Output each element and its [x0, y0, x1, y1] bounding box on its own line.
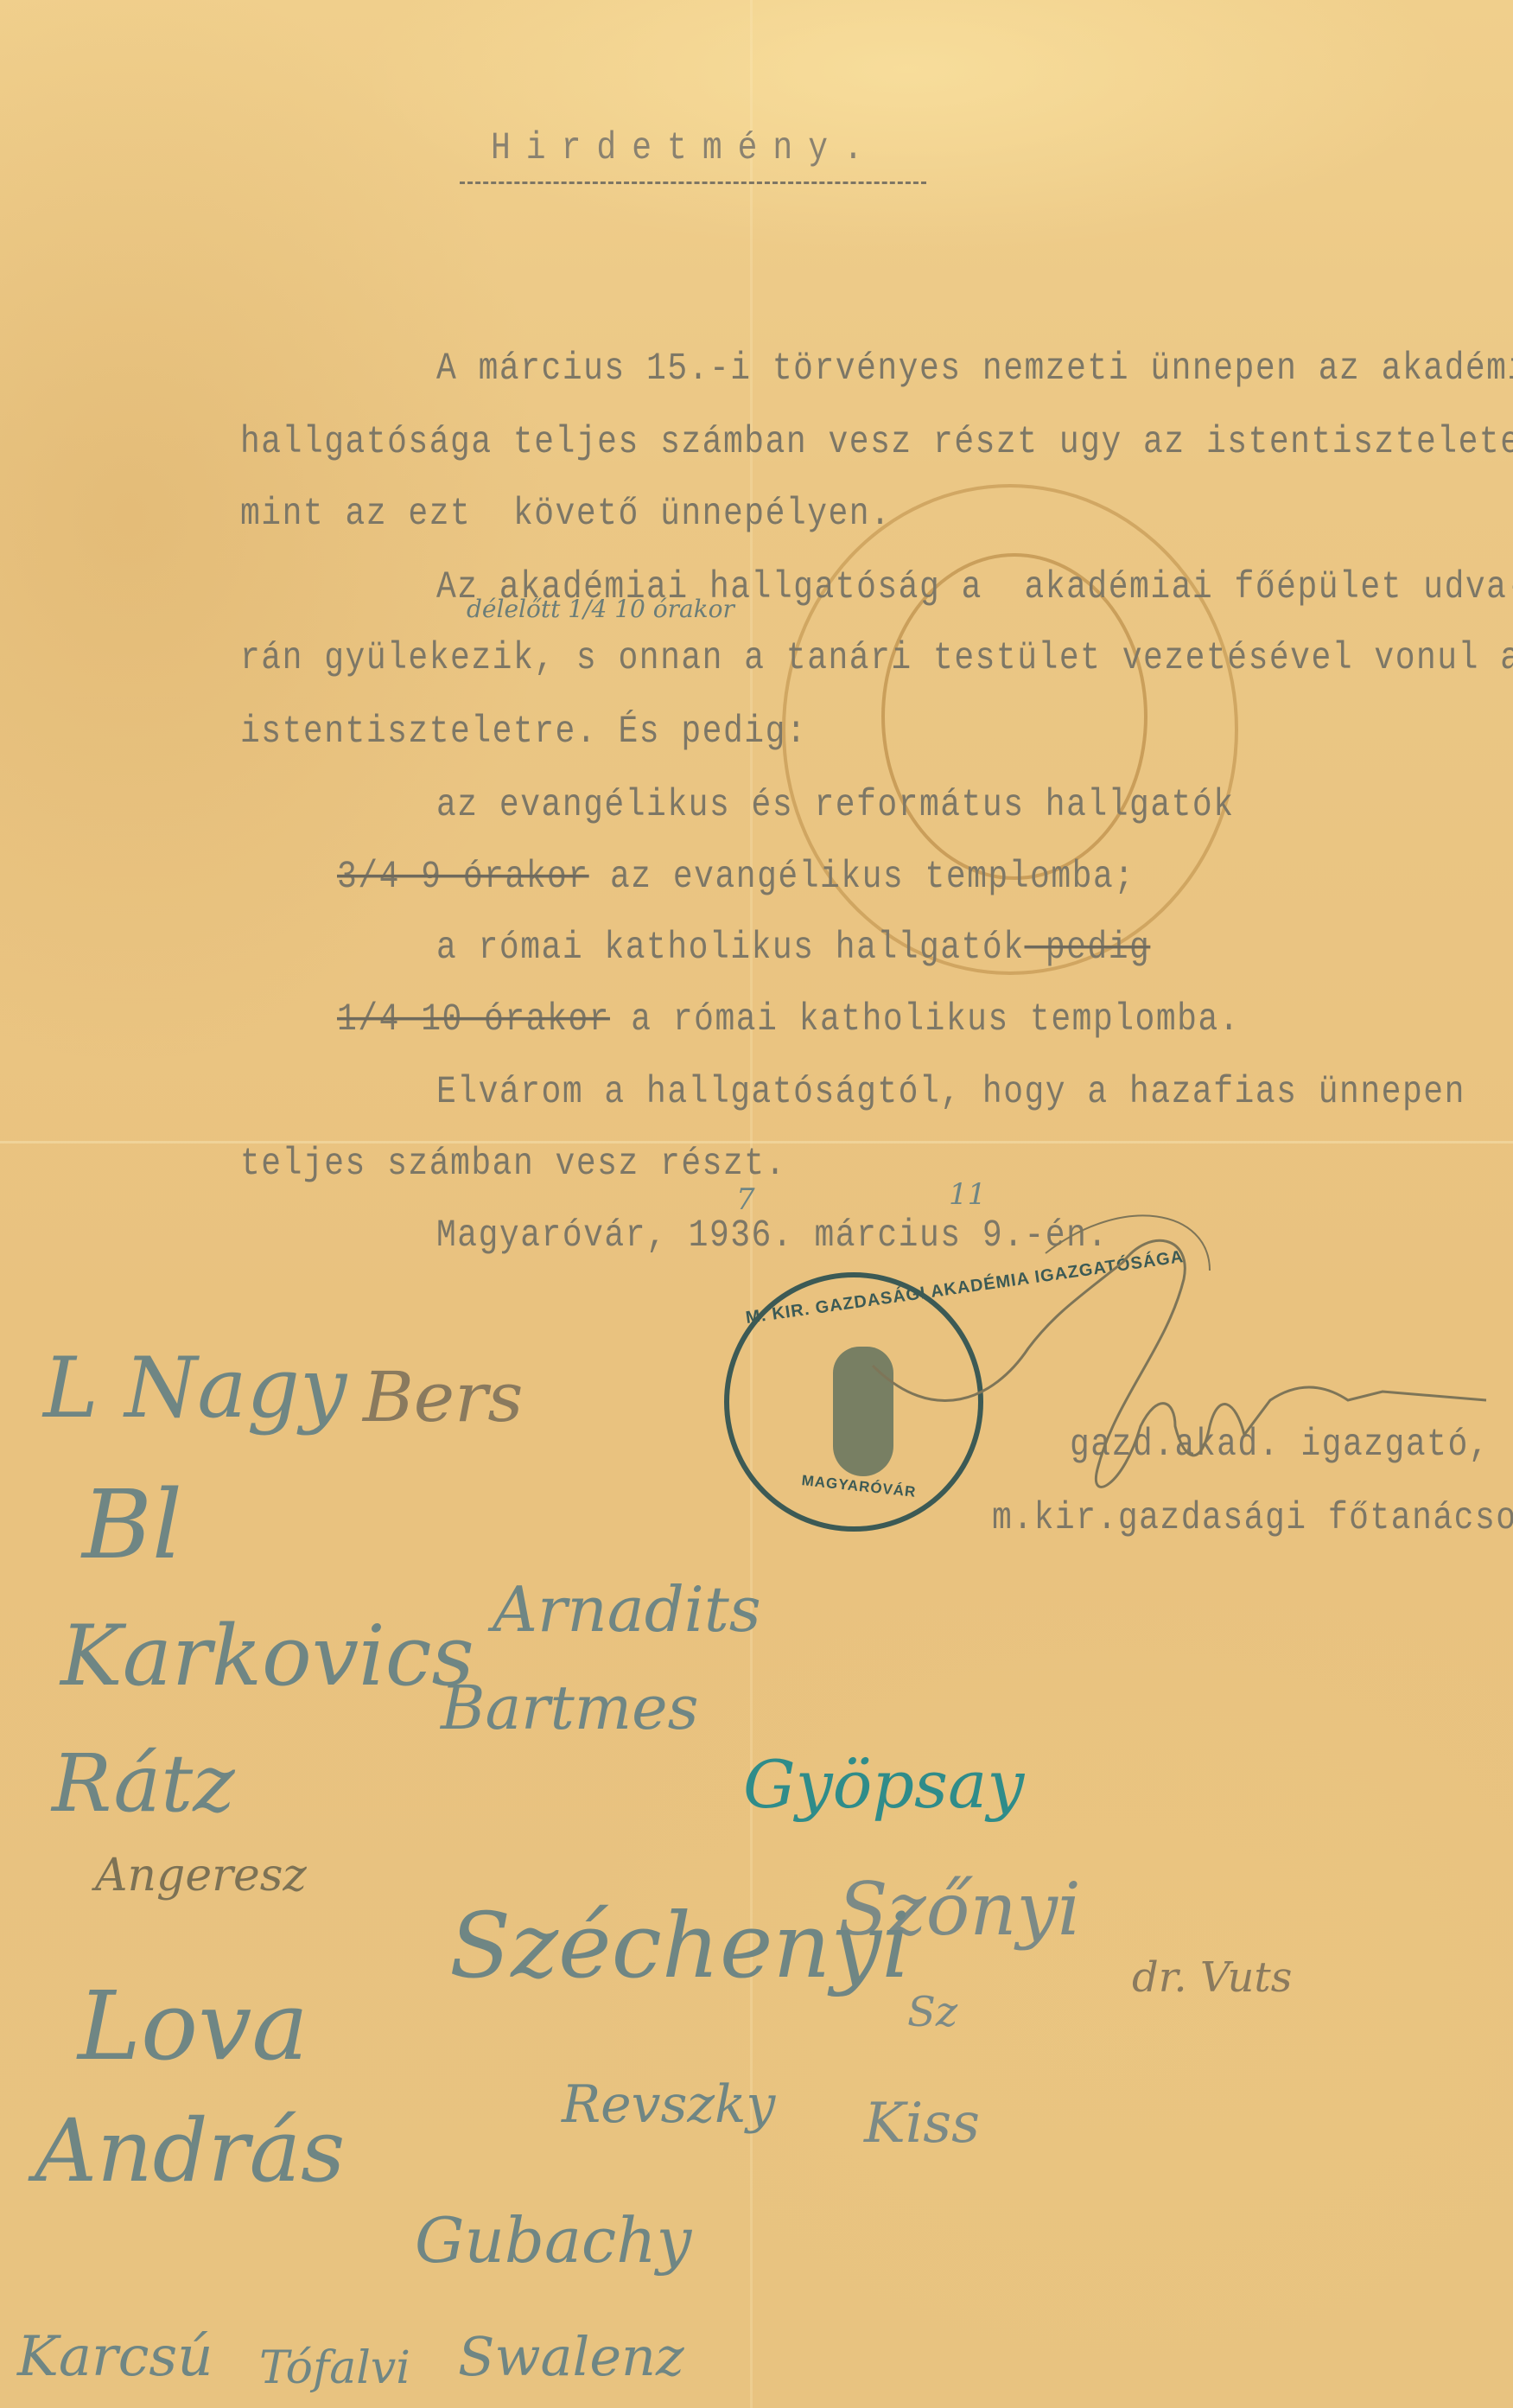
signature: Széchenyi — [449, 1893, 910, 1998]
signature: Karcsú — [17, 2325, 213, 2389]
signature: Swalenz — [458, 2325, 684, 2388]
signature: Bl — [82, 1469, 182, 1580]
signature: Gyöpsay — [743, 1746, 1024, 1823]
signature: Rátz — [52, 1737, 235, 1830]
signature: Tófalvi — [259, 2342, 410, 2394]
signature: Revszky — [562, 2074, 775, 2135]
signature: Karkovics — [60, 1608, 474, 1704]
signature: Arnadits — [493, 1573, 761, 1646]
signature: Sz — [907, 1988, 957, 2036]
signature: András — [35, 2100, 345, 2201]
signature: Kiss — [864, 2092, 980, 2156]
signature: Lova — [78, 1971, 308, 2081]
signature: Bers — [363, 1357, 523, 1437]
signature: Bartmes — [441, 1672, 699, 1743]
signature: Angeresz — [95, 1850, 307, 1902]
signature: Gubachy — [415, 2204, 691, 2277]
signature: dr. Vuts — [1132, 1953, 1292, 2002]
signature: L Nagy — [43, 1340, 346, 1437]
